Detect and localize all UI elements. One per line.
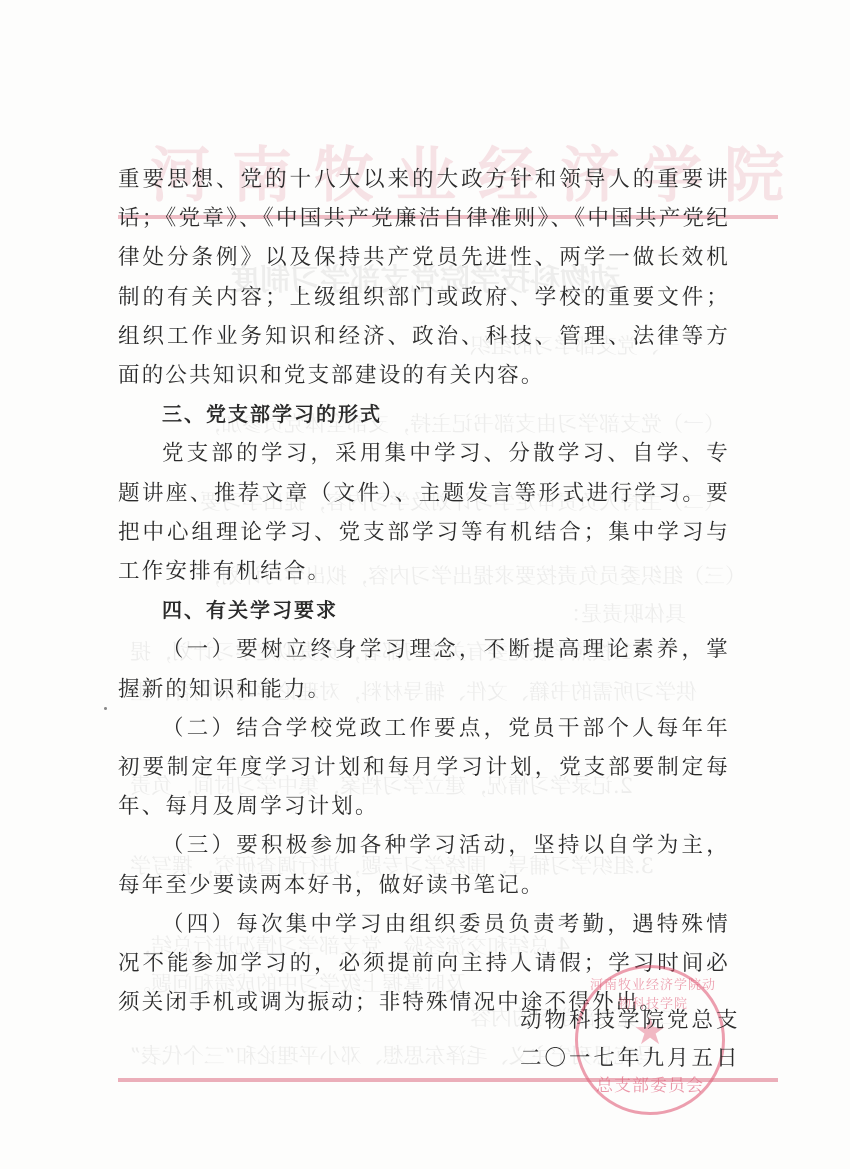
paragraph-study-form: 党支部的学习，采用集中学习、分散学习、自学、专题讲座、推荐文章（文件）、主题发言…	[118, 434, 730, 591]
signing-organization: 动物科技学院党总支	[520, 1002, 741, 1040]
paragraph-requirement-1: （一）要树立终身学习理念，不断提高理论素养，掌握新的知识和能力。	[118, 630, 730, 708]
footer-red-rule	[118, 1078, 778, 1082]
section-heading-study-form: 三、党支部学习的形式	[118, 395, 730, 434]
document-body: 重要思想、党的十八大以来的大政方针和领导人的重要讲话；《党章》、《中国共产党廉洁…	[118, 160, 730, 1022]
paragraph-study-content: 重要思想、党的十八大以来的大政方针和领导人的重要讲话；《党章》、《中国共产党廉洁…	[118, 160, 730, 395]
paragraph-requirement-3: （三）要积极参加各种学习活动，坚持以自学为主，每年至少要读两本好书，做好读书笔记…	[118, 826, 730, 904]
scan-speck	[104, 707, 107, 710]
signature-block: 动物科技学院党总支 二〇一七年九月五日	[520, 1002, 741, 1078]
paragraph-requirement-2: （二）结合学校党政工作要点，党员干部个人每年年初要制定年度学习计划和每月学习计划…	[118, 709, 730, 827]
document-page: 河南牧业经济学院 动物科技学院党支部学习制度 一、党支部学习的组织 （一）党支部…	[0, 0, 850, 1169]
signing-date: 二〇一七年九月五日	[520, 1040, 741, 1078]
section-heading-study-requirements: 四、有关学习要求	[118, 591, 730, 630]
